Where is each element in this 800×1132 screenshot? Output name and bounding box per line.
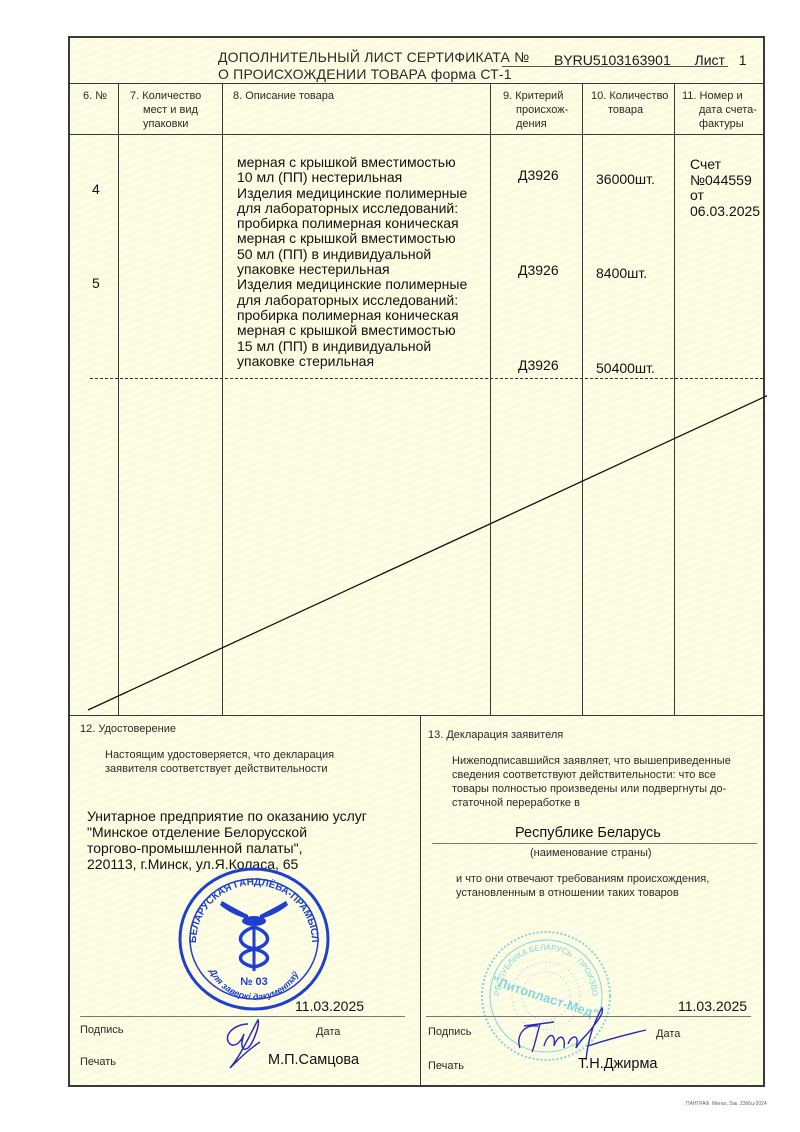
declaration-country: Республике Беларусь <box>515 825 661 841</box>
certification-date-label: Дата <box>316 1025 340 1039</box>
declaration-text-line: Нижеподписавшийся заявляет, что вышеприв… <box>452 754 731 768</box>
declaration-text-line: сведения соответствуют действительности:… <box>452 768 731 782</box>
certifying-organization-line: Унитарное предприятие по оказанию услуг <box>87 808 367 824</box>
svg-text:№ 03: № 03 <box>240 976 268 988</box>
declaration-heading: 13. Декларация заявителя <box>428 728 563 742</box>
declaration-text-2-line: установленным в отношении таких товаров <box>456 886 709 900</box>
certification-heading: 12. Удостоверение <box>80 722 176 736</box>
declaration-signatory: Т.Н.Джирма <box>578 1056 658 1072</box>
declaration-text-2-line: и что они отвечают требованиям происхожд… <box>456 872 709 886</box>
void-diagonal-line <box>70 38 767 738</box>
certification-text-line: Настоящим удостоверяется, что декларация <box>105 748 334 762</box>
declaration-seal-label: Печать <box>428 1059 464 1073</box>
declaration-text-line: товары полностью произведены или подверг… <box>452 782 731 796</box>
bottom-section-top-line <box>70 715 763 716</box>
declaration-text: Нижеподписавшийся заявляет, что вышеприв… <box>452 754 731 810</box>
declaration-text-2: и что они отвечают требованиям происхожд… <box>456 872 709 900</box>
certifying-organization-line: торгово-промышленной палаты", <box>87 840 367 856</box>
declaration-signature-label: Подпись <box>428 1025 472 1039</box>
certificate-form: ДОПОЛНИТЕЛЬНЫЙ ЛИСТ СЕРТИФИКАТА № О ПРОИ… <box>68 36 765 1087</box>
declaration-country-line <box>432 843 757 844</box>
printer-imprint: ПАНГРАФ, Минск, Зак. 2366ц-2024 <box>686 1101 767 1107</box>
declaration-country-caption: (наименование страны) <box>530 846 652 860</box>
certification-date-line <box>80 1016 405 1017</box>
chamber-of-commerce-stamp: БЕЛАРУСКАЯ ГАНДЛЁВА-ПРАМЫСЛОВАЯ ПАЛАТА Д… <box>174 863 334 1013</box>
certification-signature-label: Подпись <box>80 1023 124 1037</box>
certification-signature <box>220 1018 270 1073</box>
bottom-section-divider <box>420 715 421 1085</box>
certifying-organization-line: "Минское отделение Белорусской <box>87 824 367 840</box>
certification-signatory: М.П.Самцова <box>268 1052 359 1068</box>
declaration-text-line: статочной переработке в <box>452 796 731 810</box>
certification-text-line: заявителя соответствует действительности <box>105 762 334 776</box>
certification-text: Настоящим удостоверяется, что декларация… <box>105 748 334 776</box>
declaration-date: 11.03.2025 <box>678 998 747 1014</box>
certification-date: 11.03.2025 <box>295 998 364 1014</box>
certification-seal-label: Печать <box>80 1055 116 1069</box>
